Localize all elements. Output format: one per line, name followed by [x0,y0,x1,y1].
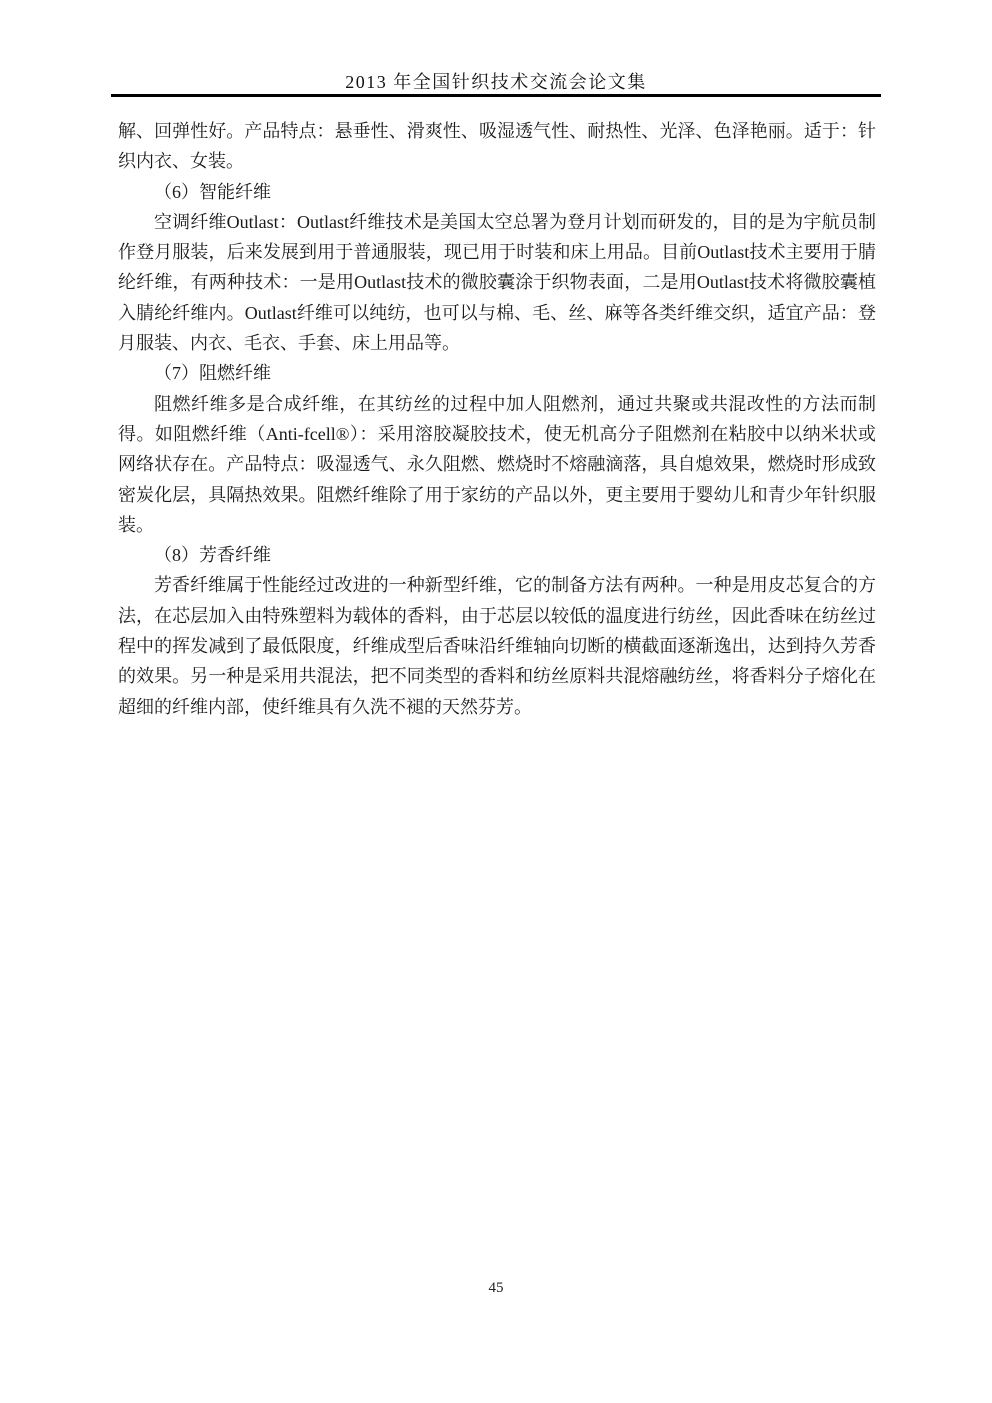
paragraph-aromatic-fiber: 芳香纤维属于性能经过改进的一种新型纤维，它的制备方法有两种。一种是用皮芯复合的方… [118,570,876,721]
page-number: 45 [0,1280,992,1297]
running-header-title: 2013 年全国针织技术交流会论文集 [0,68,992,94]
document-page: 2013 年全国针织技术交流会论文集 解、回弹性好。产品特点：悬垂性、滑爽性、吸… [0,0,992,1403]
paragraph-smart-fiber: 空调纤维Outlast：Outlast纤维技术是美国太空总署为登月计划而研发的，… [118,207,876,358]
header-rule-divider [111,94,881,97]
page-body-text: 解、回弹性好。产品特点：悬垂性、滑爽性、吸湿透气性、耐热性、光泽、色泽艳丽。适于… [118,116,876,722]
heading-aromatic-fiber: （8）芳香纤维 [118,540,876,570]
heading-smart-fiber: （6）智能纤维 [118,177,876,207]
paragraph-product-features-continuation: 解、回弹性好。产品特点：悬垂性、滑爽性、吸湿透气性、耐热性、光泽、色泽艳丽。适于… [118,116,876,177]
heading-flame-retardant-fiber: （7）阻燃纤维 [118,358,876,388]
paragraph-flame-retardant-fiber: 阻燃纤维多是合成纤维，在其纺丝的过程中加人阻燃剂，通过共聚或共混改性的方法而制得… [118,389,876,540]
